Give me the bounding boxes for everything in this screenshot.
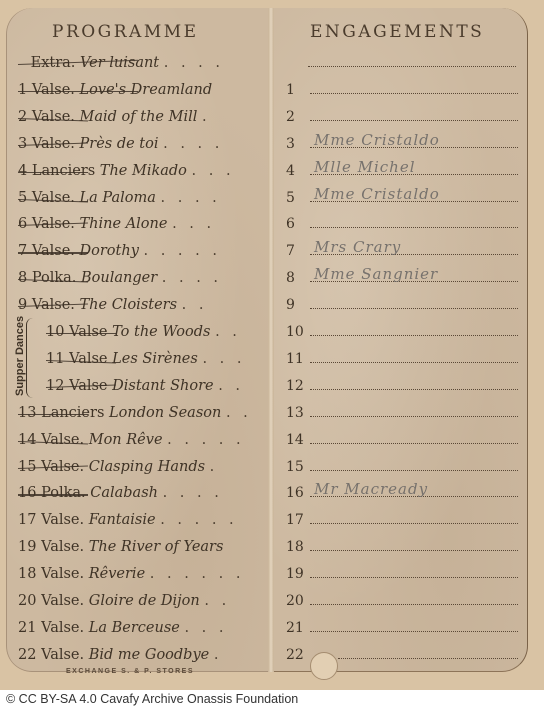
programme-row-leader: .	[214, 647, 223, 663]
engagement-number: 18	[286, 536, 304, 558]
programme-row-leader: . . . . .	[144, 243, 221, 259]
programme-row-leader: . .	[215, 324, 241, 340]
engagement-line[interactable]	[310, 470, 518, 471]
engagement-number: 17	[286, 509, 304, 531]
programme-row-leader: .	[210, 459, 219, 475]
programme-row: 18 Valse. Rêverie . . . . . .	[18, 563, 244, 585]
programme-row-leader: . . .	[202, 351, 245, 367]
programme-row-leader: . . . .	[163, 136, 223, 152]
programme-row: 21 Valse. La Berceuse . . .	[18, 617, 228, 639]
engagement-line[interactable]	[310, 523, 518, 524]
engagement-number: 2	[286, 106, 295, 128]
engagement-number: 4	[286, 160, 295, 182]
programme-row-title: Love's Dreamland	[80, 82, 213, 98]
engagement-number: 10	[286, 321, 304, 343]
programme-row-title: Mon Rêve	[89, 432, 163, 448]
engagement-number: 3	[286, 133, 295, 155]
programme-row: 16 Polka. Calabash . . . .	[18, 482, 223, 504]
programme-row: 4 Lanciers The Mikado . . .	[18, 160, 235, 182]
engagement-number: 20	[286, 590, 304, 612]
programme-row-title: Thine Alone	[80, 216, 168, 232]
programme-row-title: London Season	[109, 405, 221, 421]
programme-row-dance: Valse.	[32, 109, 75, 125]
programme-row-number: 20	[18, 590, 36, 612]
programme-row-leader: . . . .	[161, 190, 221, 206]
programme-row-number: 17	[18, 509, 36, 531]
programme-row: 20 Valse. Gloire de Dijon . .	[18, 590, 230, 612]
programme-row-number: 1	[18, 79, 27, 101]
programme-row-leader: . . . . .	[167, 432, 244, 448]
programme-row: 11 Valse Les Sirènes . . .	[46, 348, 246, 370]
pencil-strikethrough	[18, 494, 88, 495]
programme-row: 14 Valse. Mon Rêve . . . . .	[18, 429, 245, 451]
programme-row-leader: . . . .	[164, 55, 224, 71]
printer-mark: EXCHANGE S. & P. STORES	[66, 668, 194, 675]
engagement-number: 9	[286, 294, 295, 316]
programme-row-number: 10	[46, 321, 64, 343]
programme-row-number: 7	[18, 240, 27, 262]
programme-row-title: Boulanger	[81, 270, 157, 286]
engagement-number: 14	[286, 429, 304, 451]
programme-row-leader: . . . . . .	[150, 566, 245, 582]
programme-row-title: La Paloma	[80, 190, 156, 206]
engagement-number: 7	[286, 240, 295, 262]
programme-row-dance: Valse.	[41, 566, 84, 582]
programme-row-number: 5	[18, 187, 27, 209]
engagement-line[interactable]	[310, 631, 518, 632]
programme-row-title: The Mikado	[100, 163, 187, 179]
engagement-number: 22	[286, 644, 304, 666]
programme-row-leader: . . .	[184, 620, 227, 636]
handwritten-partner-name: Mlle Michel	[314, 158, 416, 176]
pencil-strikethrough	[18, 414, 88, 415]
programme-row: 8 Polka. Boulanger . . . .	[18, 267, 222, 289]
programme-row-number: 2	[18, 106, 27, 128]
programme-row-dance: Valse.	[41, 432, 84, 448]
programme-row-dance: Valse.	[32, 243, 75, 259]
programme-row-leader: . . . . .	[160, 512, 237, 528]
programme-row-title: Ver luisant	[80, 55, 159, 71]
programme-row-dance: Valse.	[41, 539, 84, 555]
engagement-line[interactable]	[310, 550, 518, 551]
programme-row-title: Dorothy	[80, 243, 139, 259]
programme-row-leader: . .	[226, 405, 252, 421]
engagement-line[interactable]	[310, 120, 518, 121]
programme-row-title: Rêverie	[89, 566, 145, 582]
programme-row-number: 11	[46, 348, 64, 370]
programme-row: 5 Valse. La Paloma . . . .	[18, 187, 221, 209]
engagement-line[interactable]	[310, 308, 518, 309]
engagement-line[interactable]	[310, 93, 518, 94]
programme-row-dance: Lanciers	[41, 405, 104, 421]
engagement-number: 6	[286, 213, 295, 235]
engagement-line[interactable]	[310, 335, 518, 336]
programme-row-dance: Valse.	[41, 647, 84, 663]
engagement-line[interactable]	[338, 658, 518, 659]
programme-row-number: 4	[18, 160, 27, 182]
engagement-number: 1	[286, 79, 295, 101]
programme-row-title: To the Woods	[112, 324, 210, 340]
programme-row-number: 18	[18, 563, 36, 585]
supper-bracket	[26, 318, 33, 398]
programme-row-dance: Valse.	[41, 593, 84, 609]
programme-row-dance: Valse.	[41, 512, 84, 528]
programme-row-title: Calabash	[90, 485, 158, 501]
programme-row: 13 Lanciers London Season . .	[18, 402, 252, 424]
programme-row: 10 Valse To the Woods . .	[46, 321, 241, 343]
engagement-line[interactable]	[310, 227, 518, 228]
engagement-line[interactable]	[310, 577, 518, 578]
programme-row: 17 Valse. Fantaisie . . . . .	[18, 509, 238, 531]
copyright-notice: © CC BY-SA 4.0 Cavafy Archive Onassis Fo…	[6, 692, 298, 706]
programme-row-leader: . . .	[172, 216, 215, 232]
programme-row: 7 Valse. Dorothy . . . . .	[18, 240, 221, 262]
engagement-number: 16	[286, 482, 304, 504]
engagements-heading: ENGAGEMENTS	[310, 22, 484, 42]
programme-row-leader: . .	[182, 297, 208, 313]
programme-row-title: Gloire de Dijon	[89, 593, 200, 609]
handwritten-partner-name: Mme Sangnier	[314, 265, 438, 283]
programme-row-title: La Berceuse	[89, 620, 180, 636]
engagement-line[interactable]	[310, 443, 518, 444]
programme-row: 19 Valse. The River of Years	[18, 536, 223, 558]
pencil-strikethrough	[18, 172, 88, 173]
programme-row-dance: Valse.	[32, 190, 75, 206]
programme-row-title: Près de toi	[80, 136, 159, 152]
programme-row-dance: Polka.	[32, 270, 77, 286]
programme-row-number: 21	[18, 617, 36, 639]
engagement-line[interactable]	[310, 389, 518, 390]
programme-row-dance: Lanciers	[32, 163, 95, 179]
programme-row-title: The Cloisters	[80, 297, 178, 313]
programme-row-title: Les Sirènes	[112, 351, 198, 367]
programme-row-leader: . .	[204, 593, 230, 609]
programme-row-number: 3	[18, 133, 27, 155]
programme-row-dance: Polka.	[41, 485, 86, 501]
programme-row-dance: Valse.	[41, 620, 84, 636]
programme-row-leader: .	[202, 109, 211, 125]
programme-row-dance: Valse.	[32, 82, 75, 98]
engagements-panel	[272, 8, 528, 672]
programme-row-number: 13	[18, 402, 36, 424]
programme-row-number: 14	[18, 429, 36, 451]
handwritten-partner-name: Mr Macready	[314, 480, 428, 498]
programme-row: 2 Valse. Maid of the Mill .	[18, 106, 211, 128]
programme-row: 1 Valse. Love's Dreamland	[18, 79, 212, 101]
programme-row-leader: . . . .	[162, 270, 222, 286]
pencil-strikethrough	[18, 252, 88, 253]
programme-row-number: 16	[18, 482, 36, 504]
engagement-number: 11	[286, 348, 304, 370]
pencil-strikethrough	[46, 333, 116, 334]
programme-row-number: 19	[18, 536, 36, 558]
engagement-number: 19	[286, 563, 304, 585]
engagement-number: 8	[286, 267, 295, 289]
programme-row-leader: . .	[218, 378, 244, 394]
programme-row-title: Maid of the Mill	[80, 109, 198, 125]
supper-dances-label: Supper Dances	[14, 316, 26, 396]
engagement-line[interactable]	[310, 362, 518, 363]
handwritten-partner-name: Mme Cristaldo	[314, 185, 440, 203]
engagement-line[interactable]	[308, 66, 516, 67]
programme-row-leader: . . .	[192, 163, 235, 179]
programme-row-leader: . . . .	[163, 485, 223, 501]
engagement-number: 13	[286, 402, 304, 424]
programme-row-dance: Valse	[69, 324, 107, 340]
programme-row-number: 22	[18, 644, 36, 666]
engagement-line[interactable]	[310, 416, 518, 417]
engagement-line[interactable]	[310, 604, 518, 605]
punch-hole	[310, 652, 338, 680]
programme-row: 22 Valse. Bid me Goodbye .	[18, 644, 222, 666]
engagement-number: 15	[286, 456, 304, 478]
engagement-number: 5	[286, 187, 295, 209]
engagement-number: 21	[286, 617, 304, 639]
programme-row-title: Bid me Goodbye	[89, 647, 210, 663]
programme-row-title: The River of Years	[89, 539, 224, 555]
programme-row-title: Fantaisie	[89, 512, 156, 528]
programme-row-title: Clasping Hands	[89, 459, 205, 475]
engagement-number: 12	[286, 375, 304, 397]
handwritten-partner-name: Mrs Crary	[314, 238, 401, 256]
pencil-strikethrough	[18, 91, 138, 92]
handwritten-partner-name: Mme Cristaldo	[314, 131, 440, 149]
programme-row-title: Distant Shore	[112, 378, 213, 394]
programme-heading: PROGRAMME	[52, 22, 199, 42]
programme-row-dance: Valse	[69, 351, 107, 367]
card-fold	[268, 8, 274, 672]
